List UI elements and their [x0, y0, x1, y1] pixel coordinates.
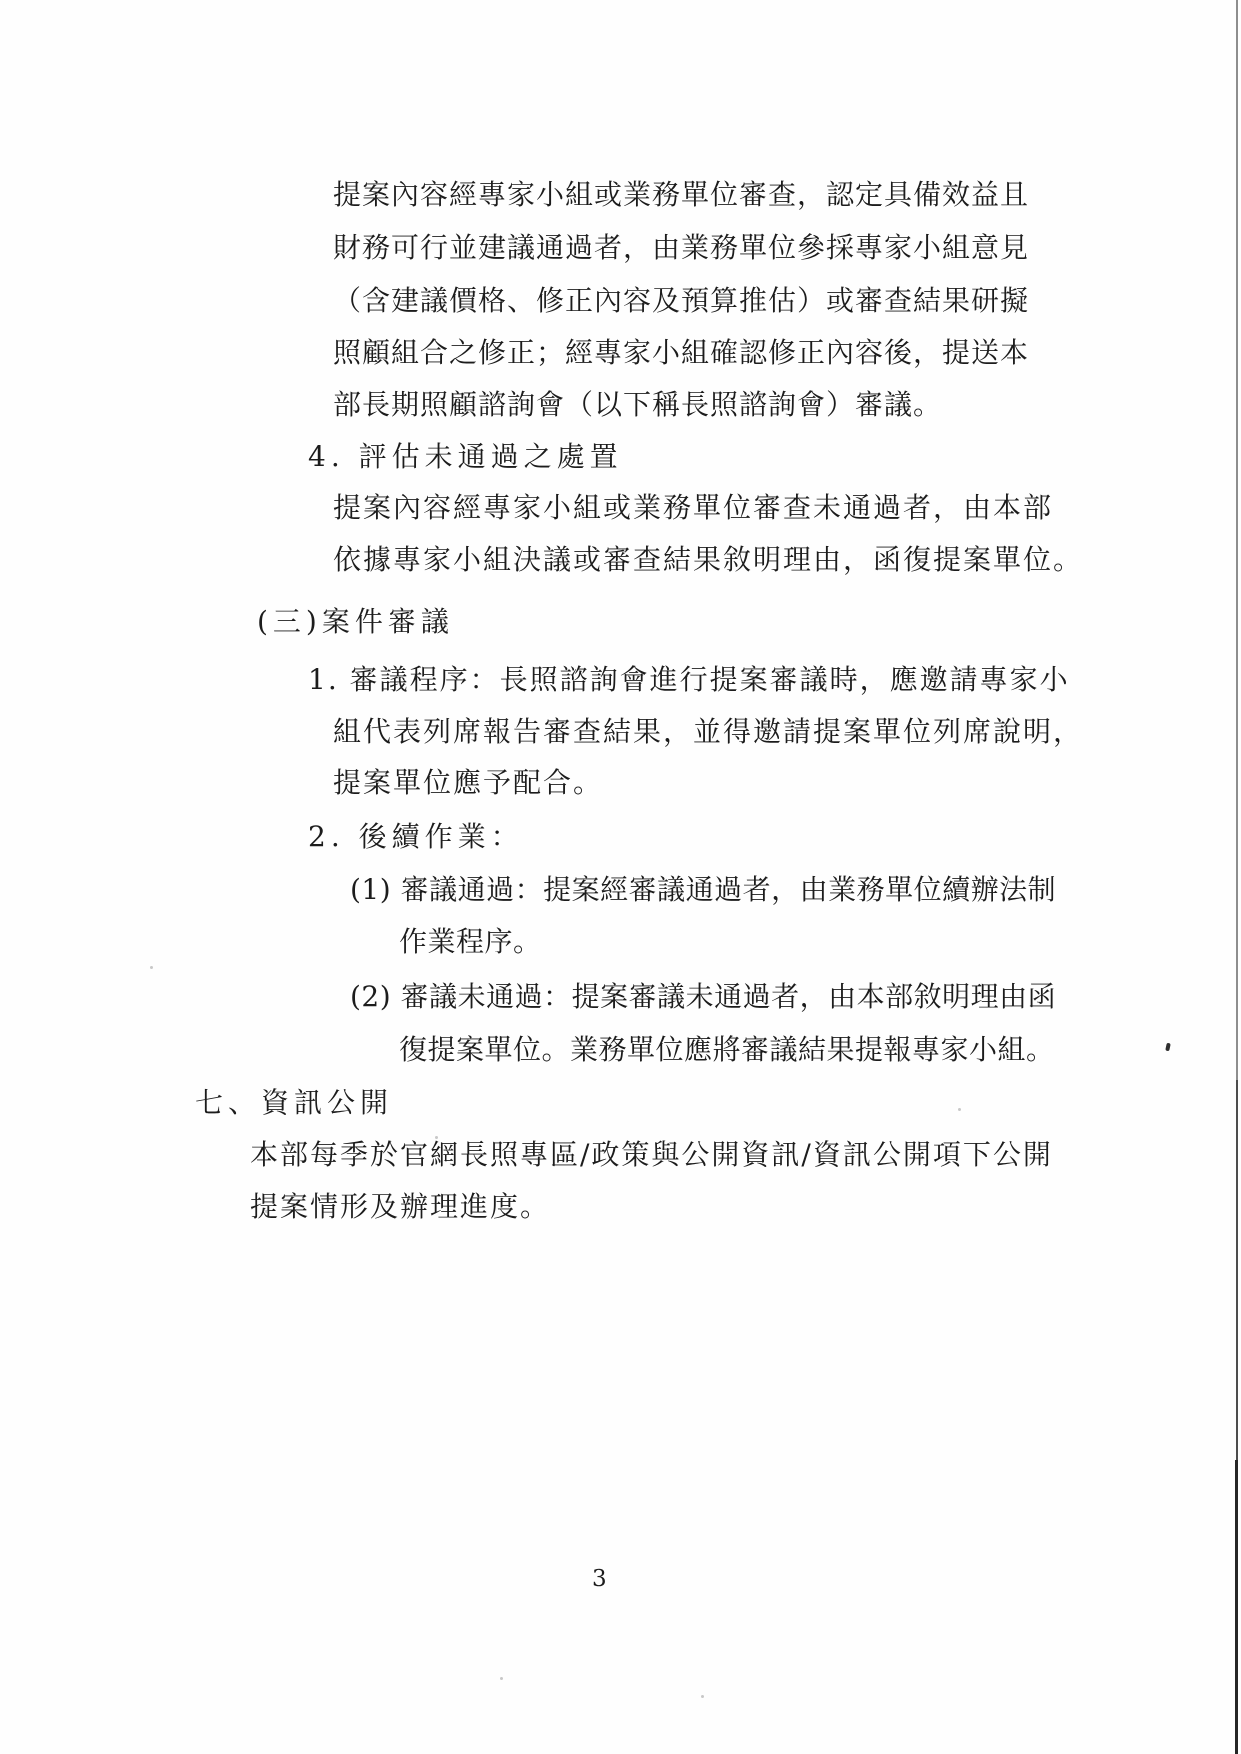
section3-item1-line: 1. 審議程序：長照諮詢會進行提案審議時，應邀請專家小: [308, 663, 1070, 697]
scan-speck: [265, 1210, 268, 1213]
item3-continuation-line: 照顧組合之修正；經專家小組確認修正內容後，提送本: [333, 336, 1029, 370]
section7-body-line: 本部每季於官網長照專區/政策與公開資訊/資訊公開項下公開: [250, 1138, 1053, 1172]
item2-sub1-line: (1) 審議通過：提案經審議通過者，由業務單位續辦法制: [350, 873, 1056, 907]
section3-heading: (三)案件審議: [257, 605, 454, 639]
scan-speck: [500, 1677, 503, 1680]
item3-continuation-line: 提案內容經專家小組或業務單位審查，認定具備效益且: [333, 178, 1029, 212]
item2-sub2-line: 復提案單位。業務單位應將審議結果提報專家小組。: [399, 1033, 1055, 1067]
item3-continuation-line: 財務可行並建議通過者，由業務單位參採專家小組意見: [333, 231, 1029, 265]
scan-speck: [150, 966, 153, 969]
section3-item1-line: 組代表列席報告審查結果，並得邀請提案單位列席說明，: [333, 715, 1083, 749]
scan-edge-artifact: [1235, 1460, 1238, 1754]
item3-continuation-line: （含建議價格、修正內容及預算推估）或審查結果研擬: [333, 284, 1029, 318]
item3-continuation-line: 部長期照顧諮詢會（以下稱長照諮詢會）審議。: [333, 388, 942, 422]
item2-sub2-line: (2) 審議未通過：提案審議未通過者，由本部敘明理由函: [350, 980, 1056, 1014]
item4-heading: 4. 評估未通過之處置: [308, 440, 623, 474]
scan-speck: [701, 1695, 704, 1698]
page-number: 3: [592, 1566, 607, 1592]
section3-item2-heading: 2. 後續作業：: [308, 820, 524, 854]
scan-edge-artifact: [1236, 1080, 1238, 1460]
item2-sub1-line: 作業程序。: [399, 925, 542, 959]
scan-speck: [958, 1108, 961, 1111]
scanned-document-page: 提案內容經專家小組或業務單位審查，認定具備效益且 財務可行並建議通過者，由業務單…: [0, 0, 1241, 1754]
section3-item1-line: 提案單位應予配合。: [333, 766, 603, 800]
item4-body-line: 依據專家小組決議或審查結果敘明理由，函復提案單位。: [333, 543, 1083, 577]
section7-body-line: 提案情形及辦理進度。: [250, 1190, 550, 1224]
scan-speck: [1165, 1043, 1171, 1052]
item4-body-line: 提案內容經專家小組或業務單位審查未通過者，由本部: [333, 491, 1053, 525]
scan-speck: [435, 1136, 438, 1139]
section7-heading: 七、資訊公開: [195, 1086, 393, 1120]
